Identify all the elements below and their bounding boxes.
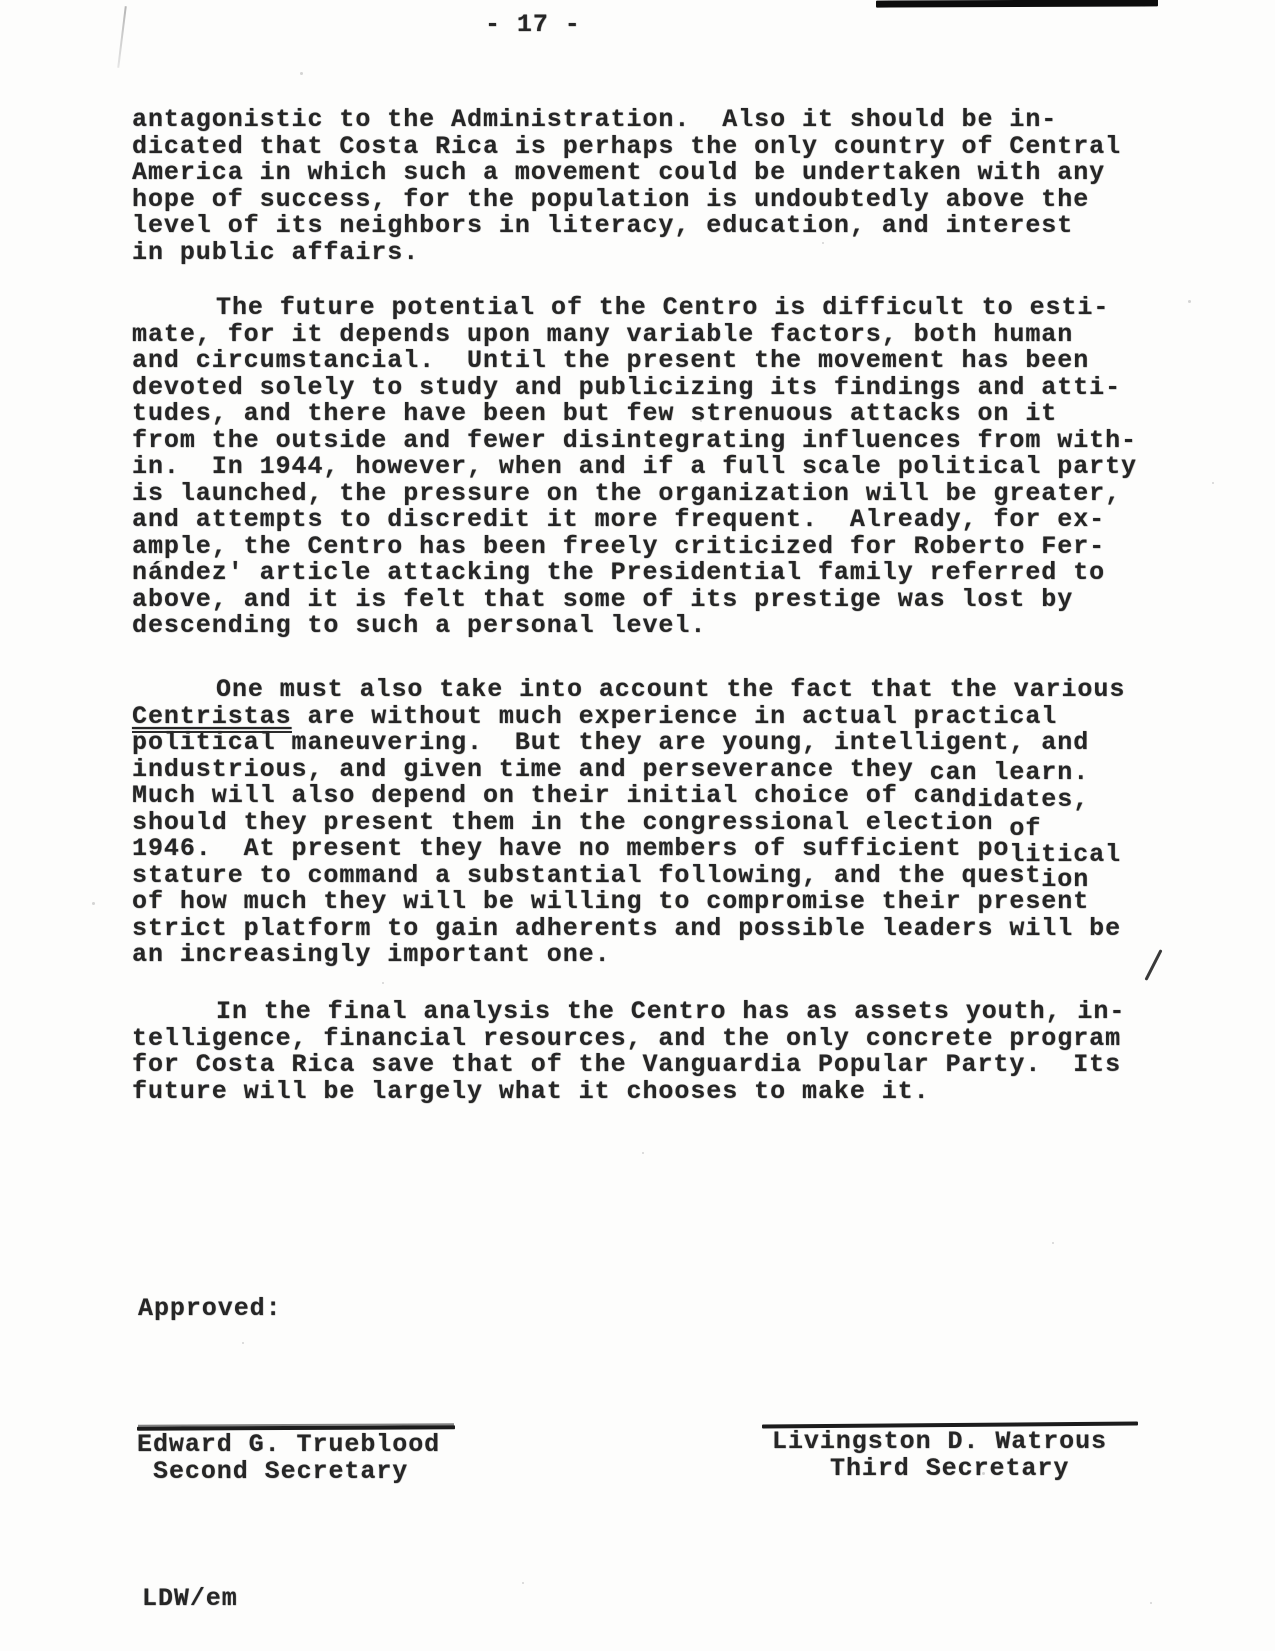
scan-speck (300, 72, 303, 75)
paragraph: The future potential of the Centro is di… (132, 295, 1137, 640)
text-line: an increasingly important one. (132, 942, 1125, 969)
scan-speck (382, 982, 384, 984)
text-line: telligence, financial resources, and the… (132, 1026, 1125, 1053)
text-line: level of its neighbors in literacy, educ… (132, 213, 1121, 240)
scan-speck (1052, 1242, 1054, 1244)
typist-initials: LDW/em (142, 1586, 238, 1613)
text-line: and attempts to discredit it more freque… (132, 507, 1137, 534)
pen-stroke-mark (1144, 949, 1162, 981)
text-line: Much will also depend on their initial c… (132, 783, 1125, 810)
text-line: from the outside and fewer disintegratin… (132, 428, 1137, 455)
text-line: nández' article attacking the Presidenti… (132, 560, 1137, 587)
approved-label: Approved: (138, 1296, 282, 1323)
signatory-name: Edward G. Trueblood (137, 1432, 455, 1459)
scan-speck (1212, 482, 1214, 484)
signature-block-right: Livingston D. Watrous Third Secretary (762, 1423, 1138, 1482)
text-line: mate, for it depends upon many variable … (132, 322, 1137, 349)
text-line: in public affairs. (132, 240, 1121, 267)
signatory-name: Livingston D. Watrous (762, 1429, 1138, 1456)
paragraph: One must also take into account the fact… (132, 677, 1125, 969)
text-line: future will be largely what it chooses t… (132, 1079, 1125, 1106)
scan-speck (522, 1582, 524, 1584)
text-line: stature to command a substantial followi… (132, 863, 1125, 890)
page-number: - 17 - (485, 12, 581, 39)
text-line: is launched, the pressure on the organiz… (132, 481, 1137, 508)
text-line: 1946. At present they have no members of… (132, 836, 1125, 863)
text-line: Centristas are without much experience i… (132, 704, 1125, 731)
scan-speck (642, 1152, 644, 1154)
scan-artifact-bar (876, 0, 1158, 8)
text-line: industrious, and given time and persever… (132, 757, 1125, 784)
text-line: descending to such a personal level. (132, 613, 1137, 640)
signature-block-left: Edward G. Trueblood Second Secretary (137, 1426, 455, 1485)
text-line: of how much they will be willing to comp… (132, 889, 1125, 916)
text-line: antagonistic to the Administration. Also… (132, 107, 1121, 134)
document-page: - 17 - antagonistic to the Administratio… (0, 0, 1275, 1651)
text-line: The future potential of the Centro is di… (132, 295, 1137, 322)
text-line: One must also take into account the fact… (132, 677, 1125, 704)
text-line: ample, the Centro has been freely critic… (132, 534, 1137, 561)
scan-speck (92, 902, 95, 905)
scan-crease-mark (117, 6, 127, 68)
scan-speck (822, 242, 824, 244)
text-line: dicated that Costa Rica is perhaps the o… (132, 134, 1121, 161)
text-line: and circumstancial. Until the present th… (132, 348, 1137, 375)
text-line: devoted solely to study and publicizing … (132, 375, 1137, 402)
text-line: tudes, and there have been but few stren… (132, 401, 1137, 428)
paragraph: antagonistic to the Administration. Also… (132, 107, 1121, 266)
signatory-title: Third Secretary (762, 1456, 1138, 1483)
text-line: for Costa Rica save that of the Vanguard… (132, 1052, 1125, 1079)
scan-speck (1188, 300, 1191, 303)
text-line: above, and it is felt that some of its p… (132, 587, 1137, 614)
text-line: In the final analysis the Centro has as … (132, 999, 1125, 1026)
scan-speck (242, 1342, 244, 1344)
scan-speck (982, 1472, 985, 1475)
text-line: political maneuvering. But they are youn… (132, 730, 1125, 757)
text-line: hope of success, for the population is u… (132, 187, 1121, 214)
text-line: in. In 1944, however, when and if a full… (132, 454, 1137, 481)
paragraph: In the final analysis the Centro has as … (132, 999, 1125, 1105)
signatory-title: Second Secretary (137, 1459, 455, 1486)
scan-speck (1150, 1602, 1152, 1604)
scan-speck (160, 560, 162, 562)
text-line: America in which such a movement could b… (132, 160, 1121, 187)
text-line: strict platform to gain adherents and po… (132, 916, 1125, 943)
scan-speck (700, 420, 702, 422)
